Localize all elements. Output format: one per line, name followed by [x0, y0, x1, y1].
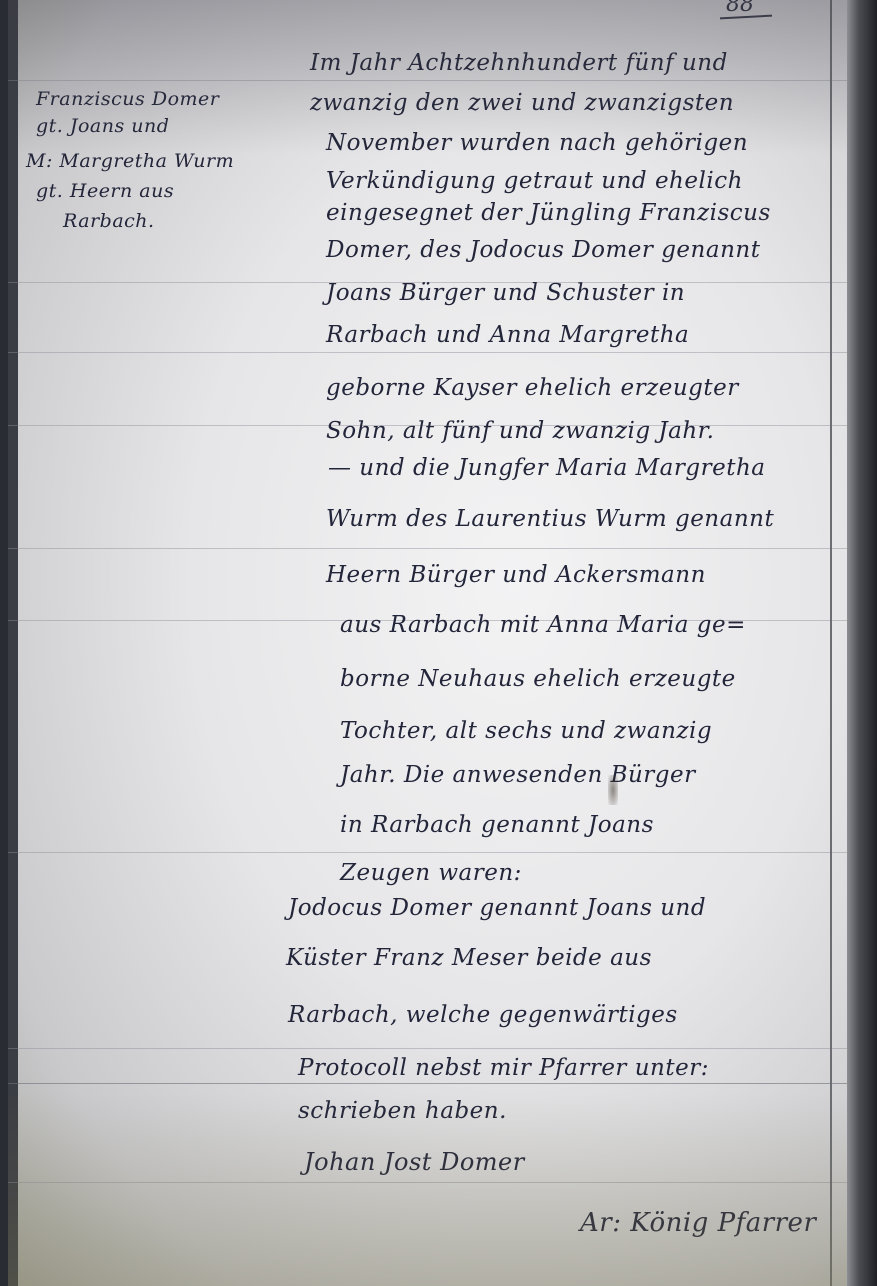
signature-pastor: Ar: König Pfarrer: [580, 1208, 816, 1238]
body-line: Jahr. Die anwesenden Bürger: [340, 762, 696, 788]
body-line: November wurden nach gehörigen: [326, 130, 748, 156]
ink-blot: [608, 775, 618, 805]
body-line: geborne Kayser ehelich erzeugter: [326, 375, 739, 401]
page-margin-rule: [830, 0, 832, 1286]
register-page: 88 Franziscus Domer gt. Joans und M: Mar…: [8, 0, 850, 1286]
body-line: zwanzig den zwei und zwanzigsten: [310, 90, 734, 116]
ruled-line: [8, 1083, 850, 1084]
body-line: Sohn, alt fünf und zwanzig Jahr.: [326, 418, 714, 444]
book-edge: [847, 0, 877, 1286]
margin-line: gt. Heern aus: [36, 180, 174, 202]
body-line: Rarbach und Anna Margretha: [326, 322, 689, 348]
body-line: Domer, des Jodocus Domer genannt: [326, 237, 760, 263]
body-line: Küster Franz Meser beide aus: [286, 945, 652, 971]
signature-witness: Johan Jost Domer: [304, 1148, 525, 1176]
ruled-line: [8, 852, 850, 853]
body-line: Im Jahr Achtzehnhundert fünf und: [310, 50, 728, 76]
binding-shadow: [8, 0, 18, 1286]
margin-line: M: Margretha Wurm: [26, 150, 234, 172]
ruled-line: [8, 80, 850, 81]
body-line: Joans Bürger und Schuster in: [326, 280, 685, 306]
body-line: aus Rarbach mit Anna Maria ge=: [340, 612, 746, 638]
ruled-line: [8, 548, 850, 549]
ruled-line: [8, 1182, 850, 1183]
body-line: Zeugen waren:: [340, 860, 522, 886]
body-line: in Rarbach genannt Joans: [340, 812, 654, 838]
body-line: Verkündigung getraut und ehelich: [326, 168, 743, 194]
body-line: Rarbach, welche gegenwärtiges: [288, 1002, 678, 1028]
body-line: Heern Bürger und Ackersmann: [326, 562, 706, 588]
body-line: borne Neuhaus ehelich erzeugte: [340, 666, 736, 692]
body-line: Tochter, alt sechs und zwanzig: [340, 718, 712, 744]
page-number: 88: [726, 0, 754, 17]
margin-line: gt. Joans und: [36, 115, 169, 137]
body-line: schrieben haben.: [298, 1098, 507, 1124]
body-line: Jodocus Domer genannt Joans und: [288, 895, 706, 921]
body-line: eingesegnet der Jüngling Franziscus: [326, 200, 771, 226]
ruled-line: [8, 352, 850, 353]
body-line: Protocoll nebst mir Pfarrer unter:: [298, 1055, 709, 1081]
margin-line: Franziscus Domer: [36, 88, 219, 110]
body-line: Wurm des Laurentius Wurm genannt: [326, 506, 774, 532]
margin-line: Rarbach.: [63, 210, 155, 232]
ruled-line: [8, 1048, 850, 1049]
body-line: — und die Jungfer Maria Margretha: [328, 455, 765, 481]
